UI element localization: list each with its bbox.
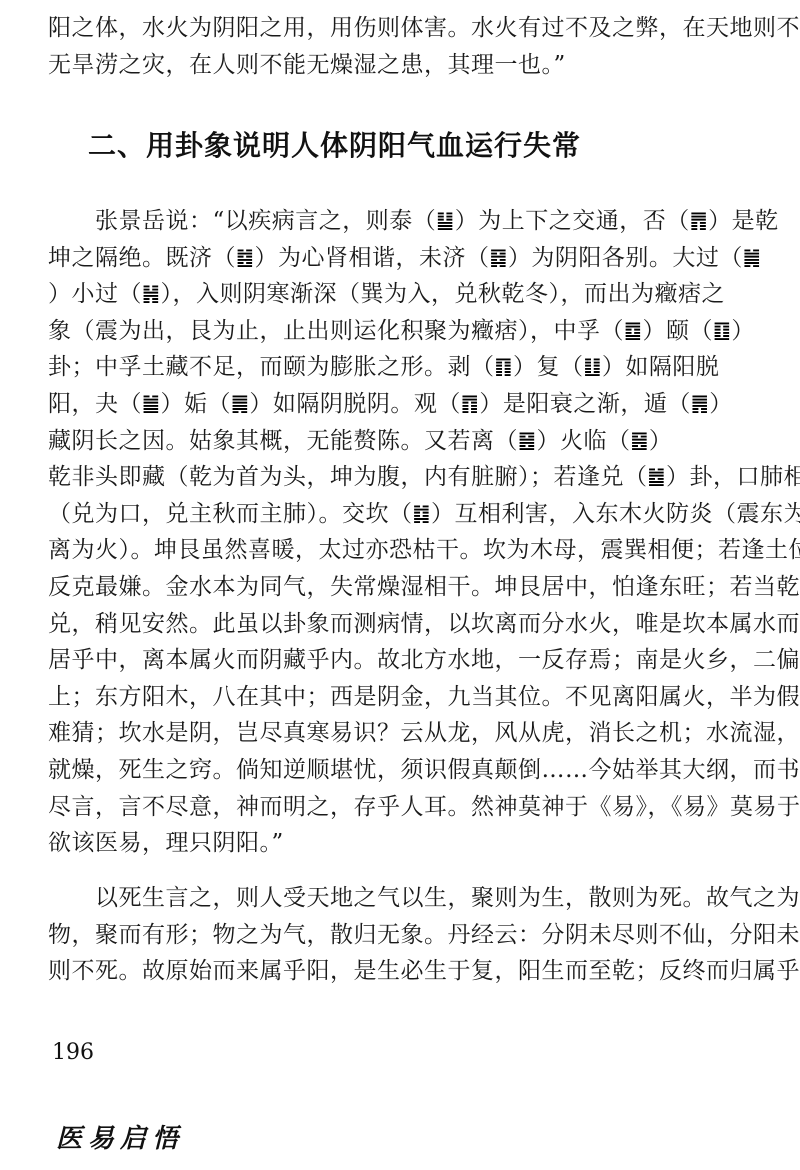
text-line: 兑，稍见安然。此虽以卦象而测病情，以坎离而分水火，唯是坎本属水而阳 bbox=[48, 606, 738, 643]
hexagram-icon: ䷪ bbox=[142, 393, 160, 413]
text-run: 阳，夬（ bbox=[48, 391, 142, 417]
text-run: 反克最嫌。金水本为同气，失常燥湿相干。坤艮居中，怕逢东旺；若当乾 bbox=[48, 574, 800, 600]
text-run: 离为火）。坤艮虽然喜暖，太过亦恐枯干。坎为木母，震巽相便；若逢土位， bbox=[48, 537, 800, 563]
text-run: ） bbox=[731, 318, 755, 344]
hexagram-icon: ䷝ bbox=[518, 430, 536, 450]
hexagram-icon: ䷗ bbox=[583, 356, 601, 376]
text-run: ）互相利害，入东木火防炎（震东为木， bbox=[431, 501, 800, 527]
text-line: ）小过（䷽），入则阴寒渐深（巽为入，兑秋乾冬），而出为癥痞之 bbox=[48, 276, 738, 313]
hexagram-icon: ䷽ bbox=[142, 283, 160, 303]
text-run: ） bbox=[709, 391, 733, 417]
text-line: 无旱涝之灾，在人则不能无燥湿之患，其理一也。” bbox=[48, 47, 738, 84]
hexagram-icon: ䷝ bbox=[630, 430, 648, 450]
text-line: 阳，夬（䷪）姤（䷫）如隔阴脱阴。观（䷓）是阳衰之渐，遁（䷠） bbox=[48, 386, 738, 423]
text-line: 张景岳说：“以疾病言之，则泰（䷊）为上下之交通，否（䷋）是乾 bbox=[48, 203, 738, 240]
book-page: 阳之体，水火为阴阳之用，用伤则体害。水火有过不及之弊，在天地则不能 无旱涝之灾，… bbox=[0, 0, 800, 1170]
text-line: 乾非头即藏（乾为首为头，坤为腹，内有脏腑）；若逢兑（䷹）卦，口肺相连 bbox=[48, 459, 738, 496]
hexagram-icon: ䷚ bbox=[713, 320, 731, 340]
hexagram-icon: ䷛ bbox=[743, 247, 761, 267]
text-run: 难猜；坎水是阴，岂尽真寒易识？云从龙，风从虎，消长之机；水流湿，火 bbox=[48, 720, 800, 746]
text-line: 反克最嫌。金水本为同气，失常燥湿相干。坤艮居中，怕逢东旺；若当乾 bbox=[48, 569, 738, 606]
text-line: 就燥，死生之窍。倘知逆顺堪忧，须识假真颠倒……今姑举其大纲，而书不 bbox=[48, 752, 738, 789]
text-run: ）为阴阳各别。大过（ bbox=[508, 245, 743, 271]
text-line: 则不死。故原始而来属乎阳，是生必生于复，阳生而至乾；反终而归属乎 bbox=[48, 953, 738, 990]
text-line: 以死生言之，则人受天地之气以生，聚则为生，散则为死。故气之为 bbox=[48, 880, 738, 917]
text-run: ）复（ bbox=[513, 354, 584, 380]
text-line: 居乎中，离本属火而阴藏乎内。故北方水地，一反存焉；南是火乡，二偏居 bbox=[48, 642, 738, 679]
text-run: 尽言，言不尽意，神而明之，存乎人耳。然神莫神于《易》，《易》莫易于医， bbox=[48, 794, 800, 820]
continued-paragraph: 阳之体，水火为阴阳之用，用伤则体害。水火有过不及之弊，在天地则不能 无旱涝之灾，… bbox=[48, 10, 738, 83]
text-run: ）是阳衰之渐，遁（ bbox=[479, 391, 691, 417]
hexagram-icon: ䷾ bbox=[236, 247, 254, 267]
text-run: ）是乾 bbox=[708, 208, 779, 234]
text-run: 上；东方阳木，八在其中；西是阴金，九当其位。不见离阳属火，半为假热 bbox=[48, 684, 800, 710]
hexagram-icon: ䷿ bbox=[489, 247, 507, 267]
text-run: ）为上下之交通，否（ bbox=[455, 208, 690, 234]
hexagram-icon: ䷖ bbox=[495, 356, 513, 376]
hexagram-icon: ䷫ bbox=[231, 393, 249, 413]
text-run: ）为心肾相谐，未济（ bbox=[254, 245, 489, 271]
text-run: 就燥，死生之窍。倘知逆顺堪忧，须识假真颠倒……今姑举其大纲，而书不 bbox=[48, 757, 800, 783]
text-line: 藏阴长之因。姑象其概，无能赘陈。又若离（䷝）火临（䷝） bbox=[48, 423, 738, 460]
text-run: 象（震为出，艮为止，止出则运化积聚为癥痞），中孚（ bbox=[48, 318, 624, 344]
text-line: 离为火）。坤艮虽然喜暖，太过亦恐枯干。坎为木母，震巽相便；若逢土位， bbox=[48, 532, 738, 569]
hexagram-icon: ䷠ bbox=[691, 393, 709, 413]
text-run: ）如隔阳脱 bbox=[602, 354, 720, 380]
text-line: 上；东方阳木，八在其中；西是阴金，九当其位。不见离阳属火，半为假热 bbox=[48, 679, 738, 716]
section-heading: 二、用卦象说明人体阴阳气血运行失常 bbox=[88, 124, 581, 164]
text-run: ）颐（ bbox=[642, 318, 713, 344]
text-run: ）如隔阴脱阴。观（ bbox=[249, 391, 461, 417]
hexagram-icon: ䷊ bbox=[436, 210, 454, 230]
text-line: 阳之体，水火为阴阳之用，用伤则体害。水火有过不及之弊，在天地则不能 bbox=[48, 10, 738, 47]
text-run: 居乎中，离本属火而阴藏乎内。故北方水地，一反存焉；南是火乡，二偏居 bbox=[48, 647, 800, 673]
main-paragraph: 张景岳说：“以疾病言之，则泰（䷊）为上下之交通，否（䷋）是乾坤之隔绝。既济（䷾）… bbox=[48, 203, 738, 862]
hexagram-icon: ䷼ bbox=[624, 320, 642, 340]
text-line: 卦；中孚土藏不足，而颐为膨胀之形。剥（䷖）复（䷗）如隔阳脱 bbox=[48, 349, 738, 386]
text-run: ） bbox=[649, 428, 673, 454]
text-run: 兑，稍见安然。此虽以卦象而测病情，以坎离而分水火，唯是坎本属水而阳 bbox=[48, 611, 800, 637]
text-run: 卦；中孚土藏不足，而颐为膨胀之形。剥（ bbox=[48, 354, 495, 380]
text-run: 欲该医易，理只阴阳。” bbox=[48, 830, 284, 856]
last-paragraph: 以死生言之，则人受天地之气以生，聚则为生，散则为死。故气之为 物，聚而有形；物之… bbox=[48, 880, 738, 990]
text-run: ）火临（ bbox=[536, 428, 630, 454]
text-run: 乾非头即藏（乾为首为头，坤为腹，内有脏腑）；若逢兑（ bbox=[48, 464, 648, 490]
text-run: ）姤（ bbox=[160, 391, 231, 417]
text-line: 尽言，言不尽意，神而明之，存乎人耳。然神莫神于《易》，《易》莫易于医， bbox=[48, 789, 738, 826]
text-line: 象（震为出，艮为止，止出则运化积聚为癥痞），中孚（䷼）颐（䷚） bbox=[48, 313, 738, 350]
text-run: 坤之隔绝。既济（ bbox=[48, 245, 236, 271]
text-run: ）小过（ bbox=[48, 281, 142, 307]
text-line: 物，聚而有形；物之为气，散归无象。丹经云：分阴未尽则不仙，分阳未尽 bbox=[48, 917, 738, 954]
hexagram-icon: ䷜ bbox=[413, 503, 431, 523]
book-title: 医易启悟 bbox=[56, 1118, 184, 1155]
text-run: ）卦，口肺相连 bbox=[666, 464, 800, 490]
text-run: （兑为口，兑主秋而主肺）。交坎（ bbox=[48, 501, 413, 527]
hexagram-icon: ䷹ bbox=[648, 466, 666, 486]
page-number: 196 bbox=[52, 1040, 94, 1065]
text-run: 张景岳说：“以疾病言之，则泰（ bbox=[95, 208, 436, 234]
text-run: 藏阴长之因。姑象其概，无能赘陈。又若离（ bbox=[48, 428, 518, 454]
hexagram-icon: ䷓ bbox=[461, 393, 479, 413]
text-run: ），入则阴寒渐深（巽为入，兑秋乾冬），而出为癥痞之 bbox=[160, 281, 725, 307]
text-line: 欲该医易，理只阴阳。” bbox=[48, 825, 738, 862]
text-line: 难猜；坎水是阴，岂尽真寒易识？云从龙，风从虎，消长之机；水流湿，火 bbox=[48, 715, 738, 752]
hexagram-icon: ䷋ bbox=[690, 210, 708, 230]
text-line: （兑为口，兑主秋而主肺）。交坎（䷜）互相利害，入东木火防炎（震东为木， bbox=[48, 496, 738, 533]
text-line: 坤之隔绝。既济（䷾）为心肾相谐，未济（䷿）为阴阳各别。大过（䷛ bbox=[48, 240, 738, 277]
